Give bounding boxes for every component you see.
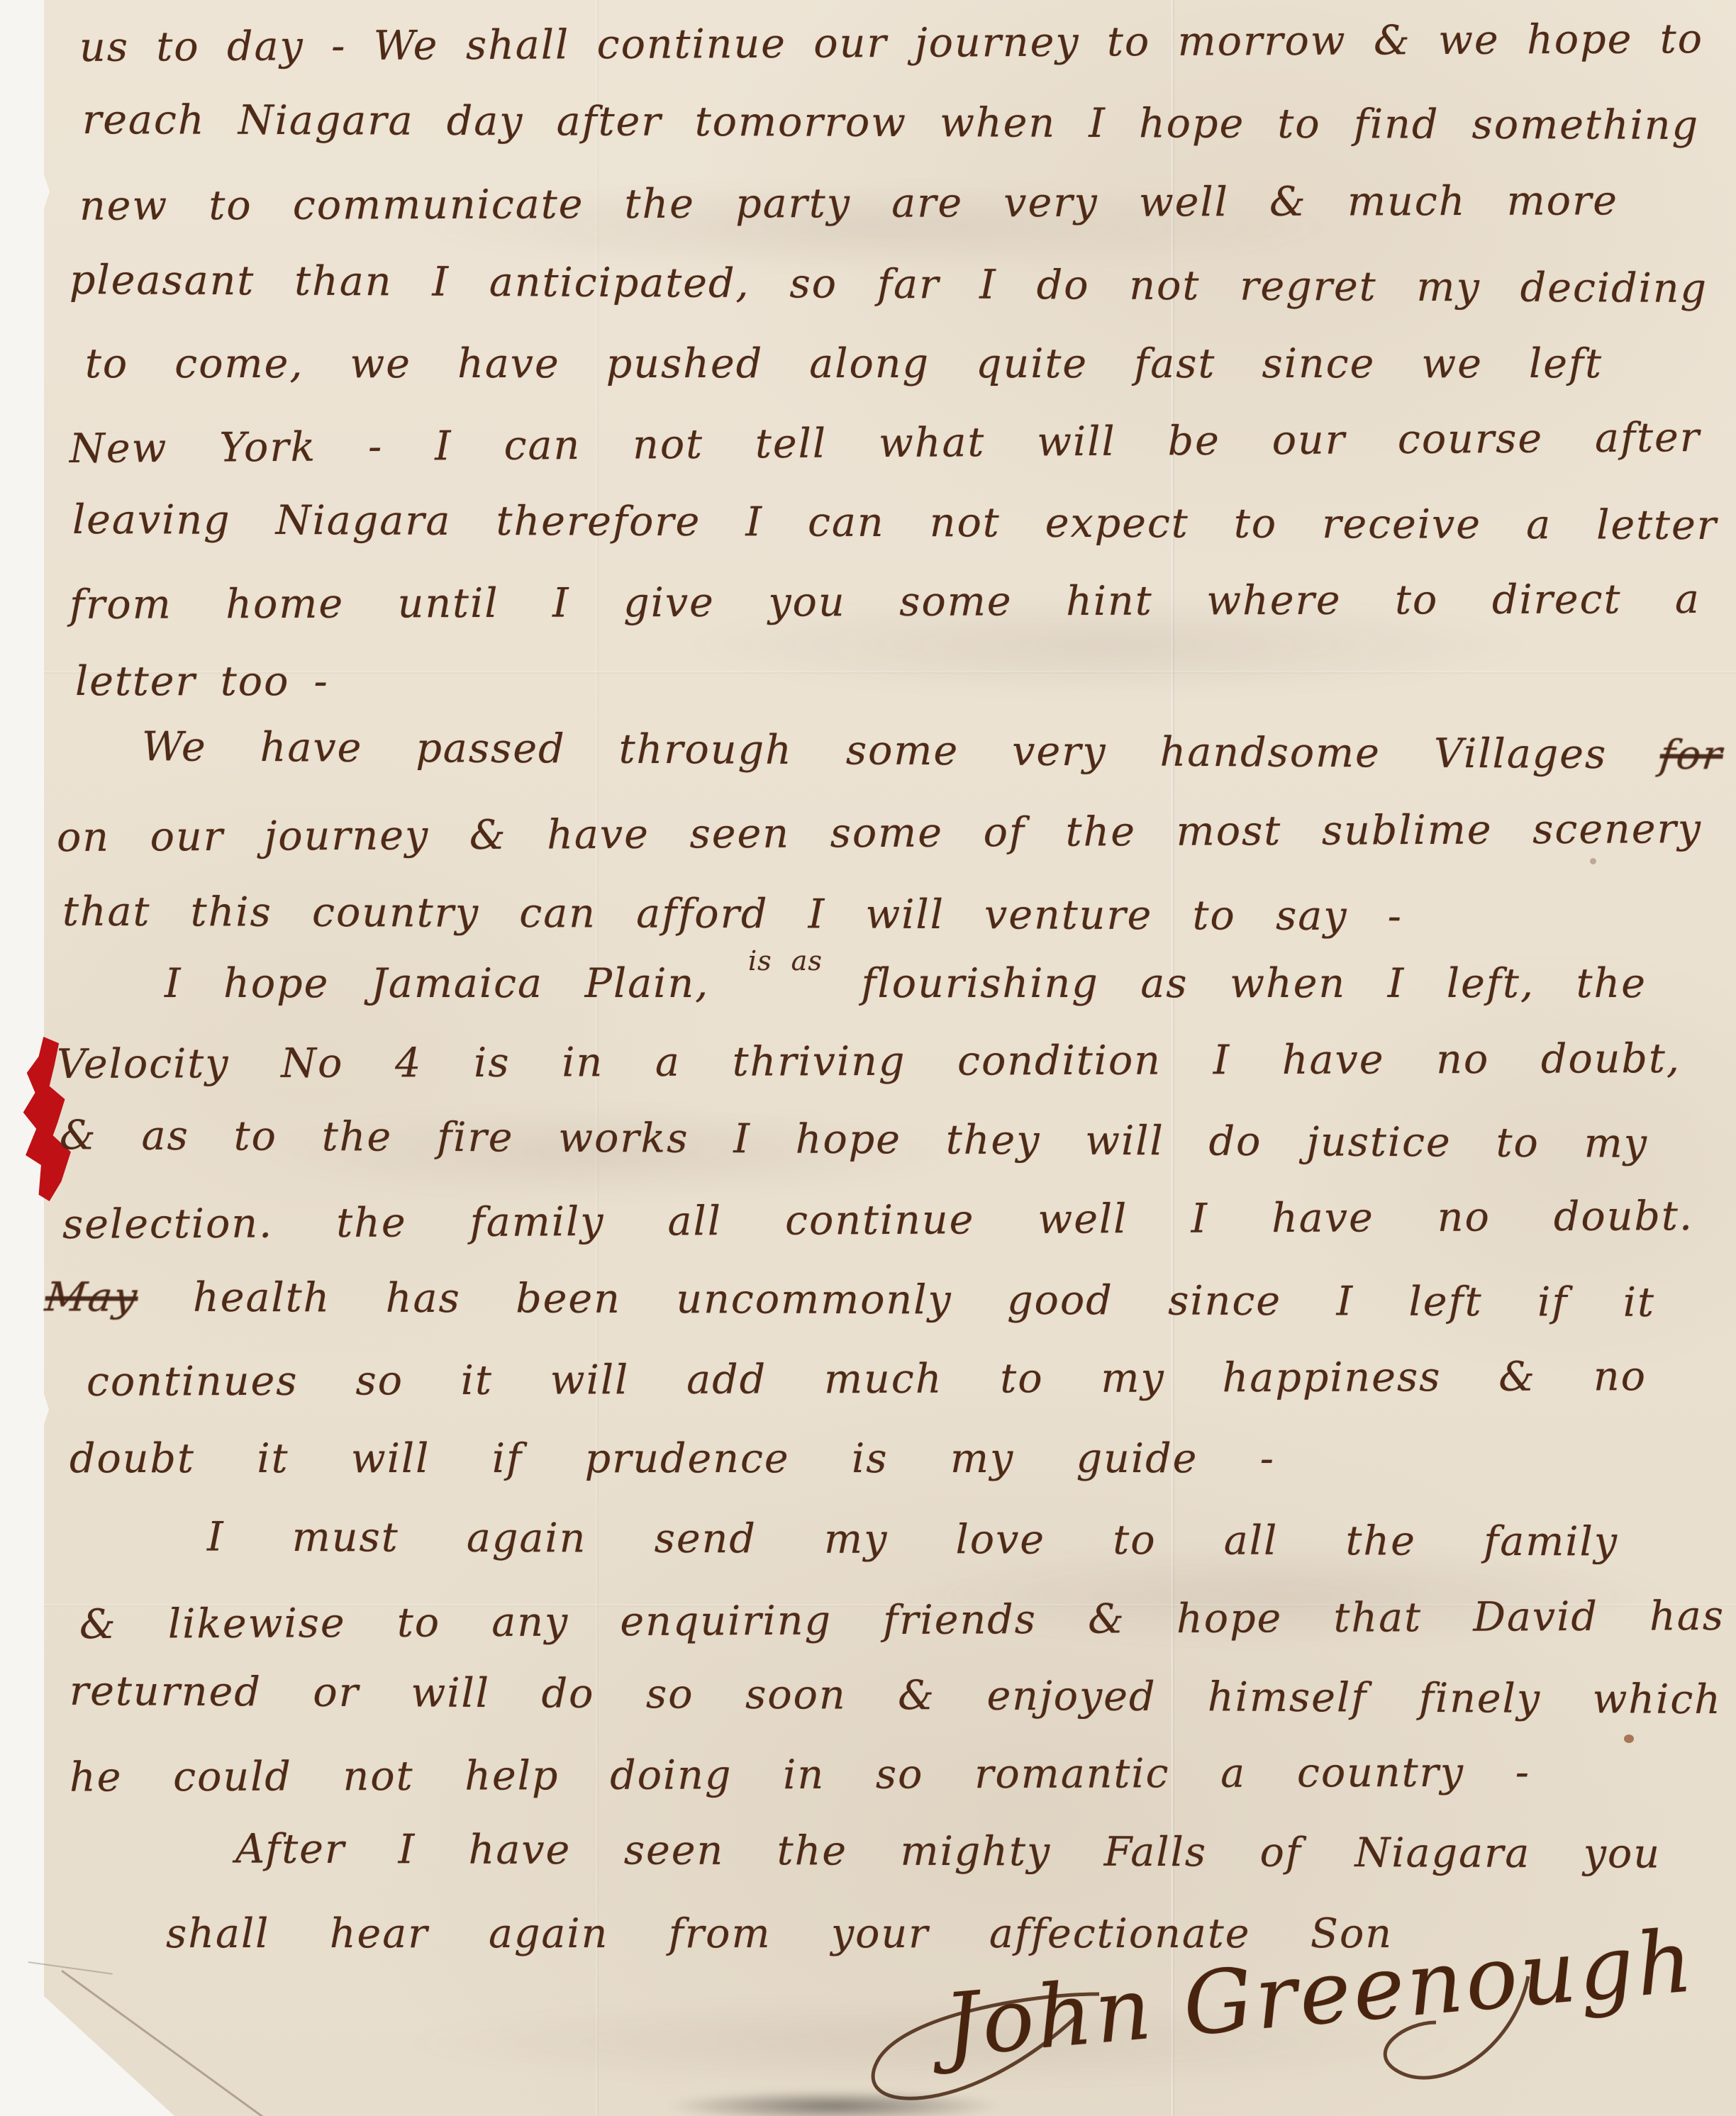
struck-word: May <box>43 1275 140 1320</box>
manuscript-line: returned or will do so soon & enjoyed hi… <box>69 1669 1722 1722</box>
manuscript-line: to come, we have pushed along quite fast… <box>85 342 1603 386</box>
inserted-word: is as <box>748 947 823 976</box>
line-text: Velocity No 4 is in a thriving condition… <box>57 1035 1681 1088</box>
line-text: reach Niagara day after tomorrow when I … <box>82 96 1699 149</box>
manuscript-line: new to communicate the party are very we… <box>79 179 1618 228</box>
line-text: he could not help doing in so romantic a… <box>69 1749 1530 1800</box>
line-text: health has been uncommonly good since I … <box>138 1274 1655 1325</box>
line-text: letter too - <box>75 658 329 705</box>
line-text: to come, we have pushed along quite fast… <box>85 340 1603 387</box>
line-text: New York - I can not tell what will be o… <box>69 414 1701 472</box>
manuscript-line: We have passed through some very handsom… <box>142 725 1723 777</box>
line-text: leaving Niagara therefore I can not expe… <box>72 496 1718 549</box>
manuscript-line: & as to the fire works I hope they will … <box>60 1113 1648 1166</box>
manuscript-line: letter too - <box>75 659 430 704</box>
line-text: us to day - We shall continue our journe… <box>79 16 1703 71</box>
line-text: & likewise to any enquiring friends & ho… <box>79 1593 1725 1648</box>
manuscript-line: doubt it will if prudence is my guide - <box>69 1437 1275 1481</box>
line-text: pleasant than I anticipated, so far I do… <box>69 257 1708 312</box>
line-text: After I have seen the mighty Falls of Ni… <box>235 1825 1661 1877</box>
manuscript-line: us to day - We shall continue our journe… <box>79 17 1703 70</box>
manuscript-line: on our journey & have seen some of the m… <box>57 807 1702 860</box>
line-text: selection. the family all continue well … <box>62 1193 1693 1248</box>
manuscript-line: After I have seen the mighty Falls of Ni… <box>235 1827 1661 1876</box>
manuscript-line: reach Niagara day after tomorrow when I … <box>82 98 1699 148</box>
manuscript-line: leaving Niagara therefore I can not expe… <box>72 498 1718 548</box>
line-text: from home until I give you some hint whe… <box>69 576 1701 628</box>
line-text: continues so it will add much to my happ… <box>87 1353 1647 1405</box>
line-text: I must again send my love to all the fam… <box>207 1514 1618 1566</box>
manuscript-line: from home until I give you some hint whe… <box>69 577 1701 628</box>
manuscript-line: & likewise to any enquiring friends & ho… <box>79 1594 1725 1647</box>
line-text: doubt it will if prudence is my guide - <box>69 1435 1275 1482</box>
line-text: returned or will do so soon & enjoyed hi… <box>69 1668 1722 1723</box>
manuscript-line: May health has been uncommonly good sinc… <box>45 1275 1655 1325</box>
scan-edge-smudge <box>667 2090 1000 2116</box>
line-text: I hope Jamaica Plain, <box>165 960 751 1007</box>
line-text: on our journey & have seen some of the m… <box>57 806 1702 861</box>
manuscript-line: continues so it will add much to my happ… <box>87 1354 1647 1404</box>
manuscript-line: he could not help doing in so romantic a… <box>69 1750 1530 1800</box>
scan-background: { "page": { "kind": "handwritten letter,… <box>0 0 1736 2116</box>
struck-word: for <box>1658 733 1726 777</box>
line-text: flourishing as when I left, the <box>820 960 1647 1007</box>
letter-body: us to day - We shall continue our journe… <box>0 0 1736 2116</box>
manuscript-line: pleasant than I anticipated, so far I do… <box>69 258 1708 311</box>
line-text: We have passed through some very handsom… <box>142 723 1661 778</box>
manuscript-line: New York - I can not tell what will be o… <box>69 416 1701 472</box>
manuscript-line: I must again send my love to all the fam… <box>207 1515 1618 1565</box>
manuscript-line: that this country can afford I will vent… <box>62 890 1403 939</box>
signature: John Greenough <box>794 1909 1688 2115</box>
line-text: & as to the fire works I hope they will … <box>60 1112 1648 1167</box>
manuscript-line: Velocity No 4 is in a thriving condition… <box>57 1037 1681 1087</box>
line-text: that this country can afford I will vent… <box>62 889 1403 940</box>
line-text: new to communicate the party are very we… <box>79 177 1618 230</box>
manuscript-line: I hope Jamaica Plain, is as flourishing … <box>165 962 1647 1006</box>
manuscript-line: selection. the family all continue well … <box>62 1194 1693 1247</box>
